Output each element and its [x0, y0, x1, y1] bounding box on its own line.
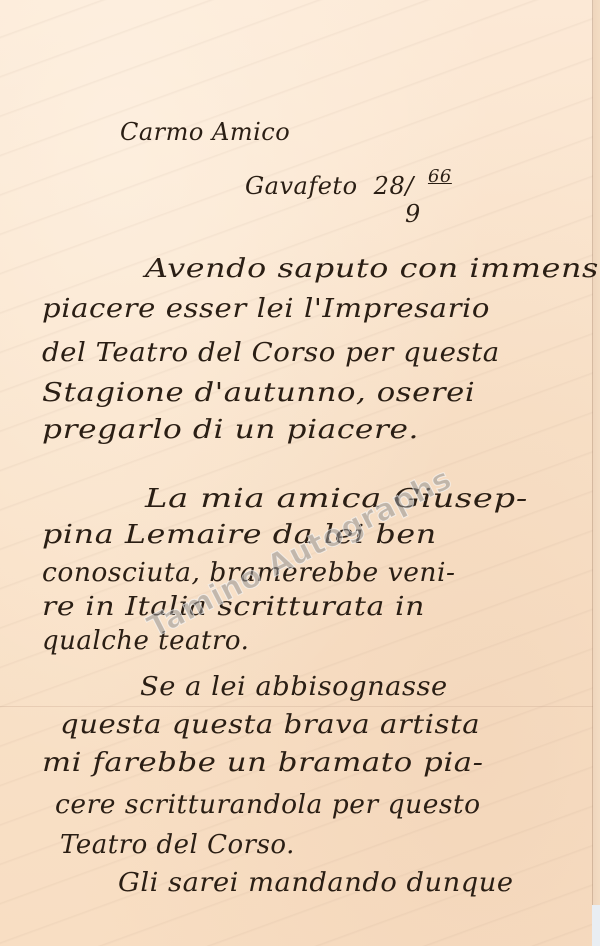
place-date: Gavafeto 28/ 66	[245, 172, 452, 200]
letter-line: Se a lei abbisognasse	[140, 672, 448, 702]
date-year: 66	[428, 166, 452, 187]
letter-line: mi farebbe un bramato pia-	[42, 748, 484, 778]
salutation: Carmo Amico	[120, 118, 290, 146]
date-day: 28	[374, 172, 406, 200]
letter-line: questa questa brava artista	[60, 710, 480, 740]
letter-line: Avendo saputo con immenso	[145, 254, 600, 284]
horizontal-fold-line	[0, 706, 600, 707]
letter-line: pregarlo di un piacere.	[42, 415, 419, 445]
letter-line: Teatro del Corso.	[60, 830, 295, 860]
letter-page: Carmo Amico Gavafeto 28/ 66 9 Avendo sap…	[0, 0, 600, 946]
letter-line: Gli sarei mandando dunque	[118, 868, 514, 898]
letter-line: del Teatro del Corso per questa	[42, 338, 500, 368]
letter-line: La mia amica Giusep-	[145, 484, 528, 514]
date-month: 9	[405, 200, 421, 228]
background-corner	[592, 905, 600, 946]
letter-line: qualche teatro.	[42, 626, 249, 656]
vertical-edge-line	[592, 0, 593, 946]
place: Gavafeto	[245, 172, 358, 200]
date-slash: /	[405, 172, 414, 200]
letter-line: piacere esser lei l'Impresario	[42, 294, 490, 324]
letter-line: cere scritturandola per questo	[55, 790, 481, 820]
paper-right-edge	[593, 0, 600, 946]
letter-line: Stagione d'autunno, oserei	[42, 378, 475, 408]
